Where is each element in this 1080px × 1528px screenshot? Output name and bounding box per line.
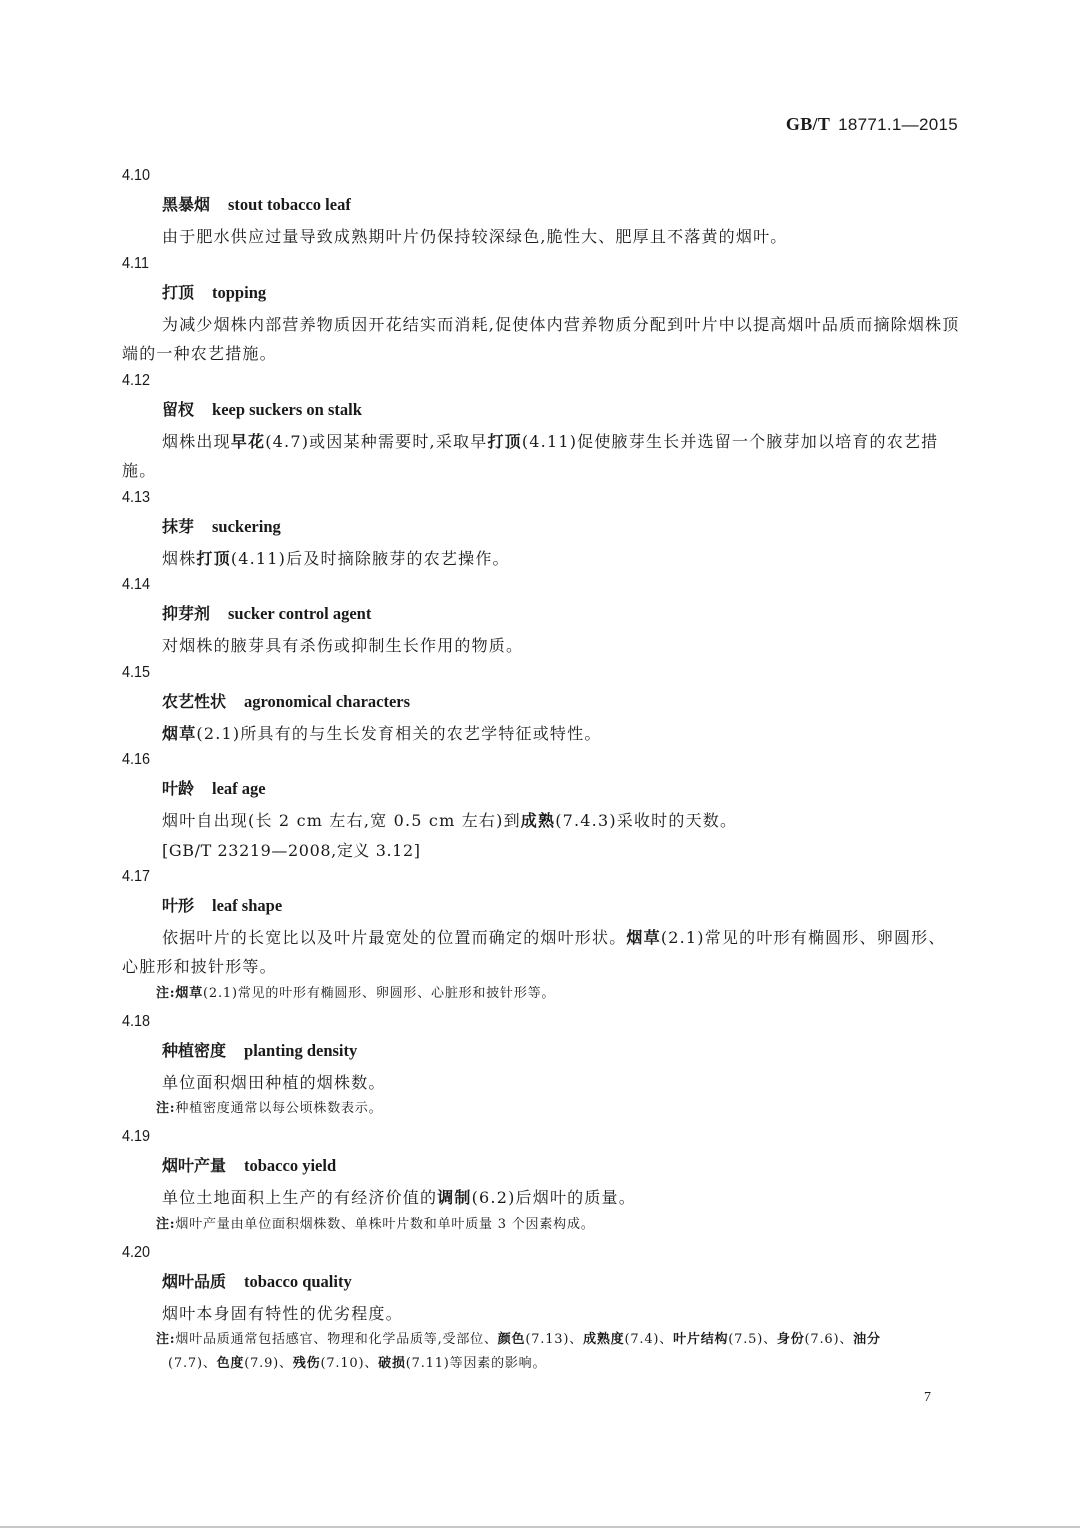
note: 注:烟草(2.1)常见的叶形有椭圆形、卵圆形、心脏形和披针形等。	[156, 982, 962, 1006]
term-reference: 成熟度	[583, 1332, 624, 1347]
term-heading: 种植密度planting density	[162, 1039, 962, 1068]
term-heading: 留杈keep suckers on stalk	[162, 398, 962, 427]
note-label: 注:	[156, 1217, 175, 1232]
term-en: leaf age	[212, 779, 266, 798]
term-reference: 打顶	[487, 432, 521, 451]
text: 烟叶自出现(长 2 cm 左右,宽 0.5 cm 左右)到	[162, 811, 521, 830]
note-label: 注:	[156, 1332, 175, 1347]
term-en: sucker control agent	[228, 604, 371, 623]
entry-number: 4.13	[122, 486, 878, 515]
definition: 烟株出现早花(4.7)或因某种需要时,采取早打顶(4.11)促使腋芽生长并选留一…	[122, 427, 962, 486]
term-reference: 成熟	[521, 811, 555, 830]
term-heading: 抹芽suckering	[162, 515, 962, 544]
text: (7.5)、	[728, 1332, 777, 1347]
text: (4.7)或因某种需要时,采取早	[265, 432, 487, 451]
definition: 依据叶片的长宽比以及叶片最宽处的位置而确定的烟叶形状。烟草(2.1)常见的叶形有…	[122, 923, 962, 982]
entry-number: 4.16	[122, 748, 878, 777]
term-zh: 农艺性状	[162, 692, 226, 711]
term-en: suckering	[212, 517, 281, 536]
term-reference: 破损	[378, 1356, 406, 1371]
term-heading: 黑暴烟stout tobacco leaf	[162, 193, 962, 222]
definition: 烟株打顶(4.11)后及时摘除腋芽的农艺操作。	[122, 544, 962, 574]
definition: 烟叶本身固有特性的优劣程度。	[122, 1299, 962, 1329]
term-reference: 烟草	[162, 724, 196, 743]
text: 种植密度通常以每公顷株数表示。	[175, 1101, 382, 1116]
term-reference: 身份	[777, 1332, 805, 1347]
term-zh: 抑芽剂	[162, 604, 210, 623]
text: (2.1)常见的叶形有椭圆形、卵圆形、心脏形和披针形等。	[203, 986, 555, 1001]
term-zh: 留杈	[162, 400, 194, 419]
text: 烟株出现	[162, 432, 231, 451]
text: (7.4)、	[624, 1332, 673, 1347]
standard-code: GB/T	[786, 114, 830, 134]
text: 依据叶片的长宽比以及叶片最宽处的位置而确定的烟叶形状。	[162, 928, 626, 947]
note-continuation: (7.7)、色度(7.9)、残伤(7.10)、破损(7.11)等因素的影响。	[156, 1352, 962, 1376]
entry-number: 4.18	[122, 1010, 878, 1039]
note: 注:烟叶品质通常包括感官、物理和化学品质等,受部位、颜色(7.13)、成熟度(7…	[156, 1328, 962, 1376]
text: (7.9)、	[244, 1356, 293, 1371]
term-reference: 早花	[231, 432, 265, 451]
term-en: stout tobacco leaf	[228, 195, 351, 214]
term-reference: 颜色	[498, 1332, 526, 1347]
note-label: 注:	[156, 1101, 175, 1116]
text: (7.11)等因素的影响。	[406, 1356, 547, 1371]
term-heading: 打顶topping	[162, 281, 962, 310]
term-zh: 烟叶品质	[162, 1272, 226, 1291]
term-zh: 叶龄	[162, 779, 194, 798]
definition: 由于肥水供应过量导致成熟期叶片仍保持较深绿色,脆性大、肥厚且不落黄的烟叶。	[122, 222, 962, 252]
term-zh: 打顶	[162, 283, 194, 302]
definition: 烟叶自出现(长 2 cm 左右,宽 0.5 cm 左右)到成熟(7.4.3)采收…	[122, 806, 962, 836]
term-reference: 烟草	[175, 986, 203, 1001]
entry-number: 4.17	[122, 865, 878, 894]
entry-number: 4.11	[122, 252, 878, 281]
entry-number: 4.14	[122, 573, 878, 602]
text: 烟株	[162, 549, 196, 568]
term-reference: 调制	[437, 1188, 471, 1207]
text: 烟叶品质通常包括感官、物理和化学品质等,受部位、	[175, 1332, 497, 1347]
term-heading: 烟叶产量tobacco yield	[162, 1154, 962, 1183]
entry-number: 4.19	[122, 1125, 878, 1154]
text: (7.13)、	[525, 1332, 583, 1347]
term-en: agronomical characters	[244, 692, 410, 711]
standard-header: GB/T18771.1—2015	[786, 114, 958, 135]
term-heading: 农艺性状agronomical characters	[162, 690, 962, 719]
text: (7.7)、	[168, 1356, 217, 1371]
term-en: tobacco yield	[244, 1156, 336, 1175]
entry-number: 4.12	[122, 369, 878, 398]
term-reference: 油分	[853, 1332, 881, 1347]
term-en: keep suckers on stalk	[212, 400, 362, 419]
source-citation: [GB/T 23219—2008,定义 3.12]	[162, 836, 962, 865]
text: 烟叶产量由单位面积烟株数、单株叶片数和单叶质量 3 个因素构成。	[175, 1217, 594, 1232]
standard-number: 18771.1—2015	[838, 115, 958, 134]
term-zh: 抹芽	[162, 517, 194, 536]
terms-content: 4.10 黑暴烟stout tobacco leaf 由于肥水供应过量导致成熟期…	[122, 164, 962, 1380]
term-heading: 烟叶品质tobacco quality	[162, 1270, 962, 1299]
text: (4.11)后及时摘除腋芽的农艺操作。	[231, 549, 510, 568]
term-heading: 叶形leaf shape	[162, 894, 962, 923]
text: (7.10)、	[320, 1356, 378, 1371]
text: 单位土地面积上生产的有经济价值的	[162, 1188, 437, 1207]
term-en: planting density	[244, 1041, 357, 1060]
term-zh: 叶形	[162, 896, 194, 915]
term-zh: 黑暴烟	[162, 195, 210, 214]
text: (7.6)、	[805, 1332, 854, 1347]
page-number: 7	[924, 1390, 931, 1406]
definition: 单位土地面积上生产的有经济价值的调制(6.2)后烟叶的质量。	[122, 1183, 962, 1213]
term-zh: 烟叶产量	[162, 1156, 226, 1175]
term-reference: 色度	[217, 1356, 245, 1371]
term-zh: 种植密度	[162, 1041, 226, 1060]
term-reference: 烟草	[626, 928, 660, 947]
entry-number: 4.20	[122, 1241, 878, 1270]
text: (6.2)后烟叶的质量。	[472, 1188, 636, 1207]
definition: 烟草(2.1)所具有的与生长发育相关的农艺学特征或特性。	[122, 719, 962, 749]
note: 注:烟叶产量由单位面积烟株数、单株叶片数和单叶质量 3 个因素构成。	[156, 1213, 962, 1237]
entry-number: 4.15	[122, 661, 878, 690]
text: (2.1)所具有的与生长发育相关的农艺学特征或特性。	[196, 724, 601, 743]
term-reference: 残伤	[293, 1356, 321, 1371]
term-en: topping	[212, 283, 266, 302]
note-label: 注:	[156, 986, 175, 1001]
entry-number: 4.10	[122, 164, 878, 193]
term-heading: 抑芽剂sucker control agent	[162, 602, 962, 631]
term-heading: 叶龄leaf age	[162, 777, 962, 806]
term-en: leaf shape	[212, 896, 282, 915]
definition: 对烟株的腋芽具有杀伤或抑制生长作用的物质。	[122, 631, 962, 661]
definition: 单位面积烟田种植的烟株数。	[122, 1068, 962, 1098]
text: (7.4.3)采收时的天数。	[555, 811, 737, 830]
definition: 为减少烟株内部营养物质因开花结实而消耗,促使体内营养物质分配到叶片中以提高烟叶品…	[122, 310, 962, 369]
term-reference: 打顶	[196, 549, 230, 568]
term-en: tobacco quality	[244, 1272, 352, 1291]
term-reference: 叶片结构	[673, 1332, 728, 1347]
note: 注:种植密度通常以每公顷株数表示。	[156, 1097, 962, 1121]
